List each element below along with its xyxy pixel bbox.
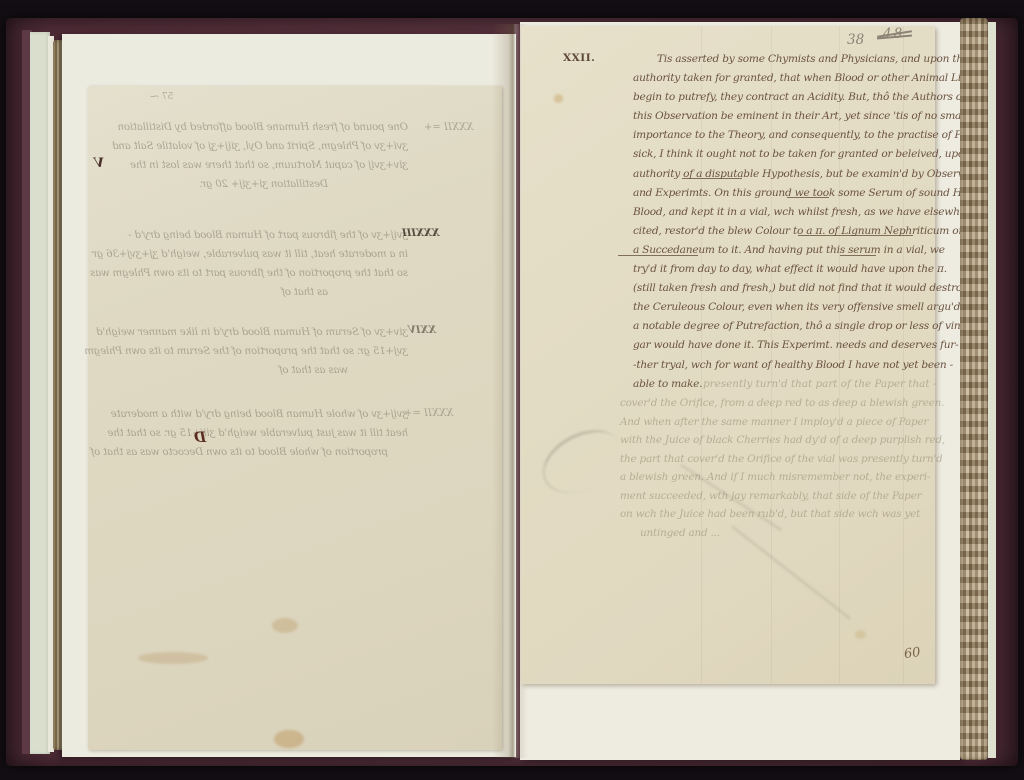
offset-text-line: the part that cover'd the Orifice of the… <box>620 450 945 469</box>
fox-spot <box>855 630 866 639</box>
showthrough-line: ʒiv+ʒvij of caput Mortuum, so that there… <box>100 156 408 175</box>
underline-stroke-hypothesis <box>682 178 742 179</box>
showthrough-margin-numeral-2: XXXIII <box>402 228 439 239</box>
right-manuscript-leaf: XXII. 38 48 Tis asserted by some Chymist… <box>521 26 935 684</box>
manuscript-line: cited, restor'd the blew Colour to a π. … <box>633 222 995 241</box>
ink-bleed-mark-d: D <box>194 430 206 446</box>
underline-stroke-succedaneum <box>618 255 698 256</box>
left-page-top-mark: 57 ⁓ <box>150 92 173 102</box>
showthrough-block-1: One pound of fresh Humane Blood afforded… <box>100 118 408 194</box>
offset-text-line: on wch the Juice had been rub'd, but tha… <box>620 505 945 524</box>
manuscript-line: a Succedaneum to it. And having put this… <box>633 241 995 260</box>
showthrough-margin-numeral-1: XXXII =+ <box>424 122 473 133</box>
paper-stain <box>274 730 304 748</box>
showthrough-line: One pound of fresh Humane Blood afforded… <box>100 118 408 137</box>
offset-text-line: with the Juice of black Cherries had dy'… <box>620 431 945 450</box>
left-manuscript-leaf: 57 ⁓ One pound of fresh Humane Blood aff… <box>88 86 502 750</box>
showthrough-block-3: ʒiv+ʒv of Serum of Human Blood dry'd in … <box>100 323 408 380</box>
showthrough-block-2: ʒvij+ʒv of the fibrous part of Human Blo… <box>100 226 408 302</box>
manuscript-line: Blood, and kept it in a vial, wch whilst… <box>633 203 995 222</box>
showthrough-line: as that of <box>100 283 328 302</box>
manuscript-line: sick, I think it ought not to be taken f… <box>633 145 995 164</box>
showthrough-block-4: ʒvij+ʒv of whole Human Blood being dry'd… <box>100 405 408 462</box>
showthrough-line: was as that of <box>100 361 348 380</box>
showthrough-line: ʒvij+ʒv of the fibrous part of Human Blo… <box>100 226 408 245</box>
manuscript-line: and Experimts. On this ground we took so… <box>633 184 995 203</box>
manuscript-line: Tis asserted by some Chymists and Physic… <box>633 50 995 69</box>
manuscript-line: -ther tryal, wch for want of healthy Blo… <box>633 356 995 375</box>
endpaper-strip-right <box>988 22 996 758</box>
manuscript-line: importance to the Theory, and consequent… <box>633 126 995 145</box>
underline-stroke-serum-2 <box>840 255 876 256</box>
paper-stain <box>272 618 298 633</box>
showthrough-line: so that the proportion of the fibrous pa… <box>100 264 408 283</box>
offset-text-paragraph: cover'd the Orifice, from a deep red to … <box>620 394 945 542</box>
showthrough-line: ʒiv+ʒv of Serum of Human Blood dry'd in … <box>100 323 408 342</box>
manuscript-line: try'd it from day to day, what effect it… <box>633 260 995 279</box>
endpaper-strip-left <box>30 32 50 754</box>
manuscript-line: gar would have done it. This Experimt. n… <box>633 336 995 355</box>
paper-stain <box>138 652 208 664</box>
offset-text-line: And when after the same manner I imploy'… <box>620 413 945 432</box>
manuscript-line: begin to putrefy, they contract an Acidi… <box>633 88 995 107</box>
manuscript-line: authority taken for granted, that when B… <box>633 69 995 88</box>
manuscript-line: the Ceruleous Colour, even when its very… <box>633 298 995 317</box>
manuscript-line: authority of a disputable Hypothesis, bu… <box>633 165 995 184</box>
manuscript-line: this Observation be eminent in their Art… <box>633 107 995 126</box>
ink-bleed-mark-v: V <box>94 156 104 171</box>
underline-stroke-serum <box>787 197 829 198</box>
showthrough-line: proportion of whole Blood to its own Dec… <box>100 443 388 462</box>
folio-corner-number: 60 <box>903 645 921 662</box>
pencil-smudge-arc <box>532 418 632 506</box>
offset-text-line: a blewish green. And if I much misrememb… <box>620 468 945 487</box>
manuscript-line: (still taken fresh and fresh,) but did n… <box>633 279 995 298</box>
manuscript-paragraph: Tis asserted by some Chymists and Physic… <box>633 50 995 394</box>
showthrough-line: ʒvij+ʒv of whole Human Blood being dry'd… <box>100 405 408 424</box>
page-edge-stack-right <box>960 18 988 760</box>
offset-text-line: ment succeeded, wth jay remarkably, that… <box>620 487 945 506</box>
showthrough-margin-numeral-4: XXXII =+ <box>404 408 453 419</box>
showthrough-line: heat till it was just pulverable weigh'd… <box>100 424 408 443</box>
section-numeral: XXII. <box>563 52 595 64</box>
showthrough-line: Destillation ʒi+ʒij+ 20 gr. <box>100 175 328 194</box>
showthrough-line: ʒvj+15 gr. so that the proportion of the… <box>100 342 408 361</box>
offset-text-line: untinged and ... <box>640 524 945 543</box>
page-number-crossed-out: 48 <box>883 26 904 42</box>
page-number: 38 <box>847 32 864 48</box>
manuscript-line: a notable degree of Putrefaction, thô a … <box>633 317 995 336</box>
showthrough-line: in a moderate heat, till it was pulverab… <box>100 245 408 264</box>
showthrough-margin-numeral-3: XXIV <box>408 325 436 336</box>
offset-text-line: cover'd the Orifice, from a deep red to … <box>620 394 945 413</box>
offset-text-first-line: presently turn'd that part of the Paper … <box>703 378 936 390</box>
showthrough-line: ʒvi+ʒv of Phlegm, Spirit and Oyl, ʒiij+ʒ… <box>100 137 408 156</box>
fox-spot <box>554 94 563 103</box>
underline-stroke-lignum-nephriticum <box>798 235 913 236</box>
